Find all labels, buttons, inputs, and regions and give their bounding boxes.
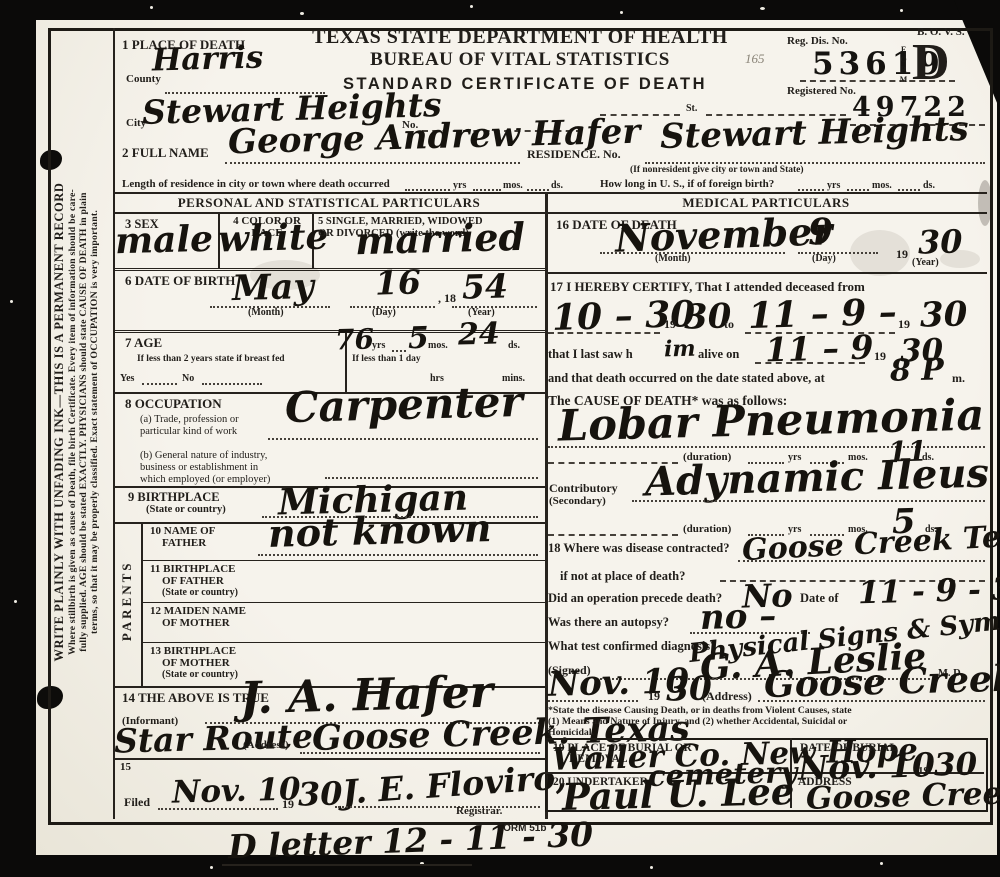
occupation-b-line3: which employed (or employer) (140, 474, 270, 485)
form-word-vertical: FORM (899, 45, 908, 101)
father-name-value: not known (268, 509, 492, 553)
margin-line: WRITE PLAINLY WITH UNFADING INK—THIS IS … (52, 32, 67, 812)
item-15-number: 15 (120, 762, 131, 774)
margin-line: terms, so that it may be properly classi… (89, 32, 100, 812)
scan-speck (10, 300, 13, 303)
father-name-label-line2: FATHER (162, 538, 206, 550)
contributory-label: Contributory (549, 482, 618, 495)
bureau-title: BUREAU OF VITAL STATISTICS (300, 50, 740, 70)
secondary-label: (Secondary) (549, 496, 606, 508)
age-years-value: 76 (335, 325, 375, 354)
no-label: No (182, 374, 194, 385)
yrs-label: yrs (453, 181, 466, 192)
row-rule (113, 758, 545, 760)
to-word: to (724, 318, 734, 331)
filed-year-printed: 19 (282, 798, 294, 811)
ruled-line (755, 362, 865, 364)
annotation-underline (222, 864, 472, 866)
yes-label: Yes (120, 374, 134, 385)
marital-value: married (355, 218, 526, 260)
dob-year-value: 54 (462, 269, 509, 303)
from-year-printed: 19 (664, 318, 676, 331)
ruled-line (225, 162, 520, 164)
parents-strip-divider (141, 522, 143, 686)
margin-divider-line (113, 28, 115, 819)
operation-date-value: 11 - 9 - 30 (858, 574, 1000, 610)
age-ds-label: ds. (508, 341, 520, 352)
scanned-death-certificate: WRITE PLAINLY WITH UNFADING INK—THIS IS … (0, 0, 1000, 877)
father-bp-label-line3: (State or country) (162, 588, 238, 599)
age-yrs-label: yrs (372, 341, 385, 352)
margin-line: Where stillbirth is given as cause of De… (67, 32, 78, 812)
residence-length-label: Length of residence in city or town wher… (122, 179, 390, 191)
death-occurred-text: and that death occurred on the date stat… (548, 372, 825, 385)
death-day-value: 9 (808, 214, 834, 251)
contributory-value: Adynamic Ileus (645, 454, 990, 503)
scan-speck (300, 12, 304, 15)
row-rule (141, 642, 545, 643)
form-letter-d: D (912, 36, 950, 91)
scan-speck (210, 866, 213, 869)
clerk-annotation: D letter 12 - 11 - 30 (228, 818, 594, 864)
registered-no-label: Registered No. (787, 86, 856, 98)
year-caption: (Year) (912, 258, 939, 269)
row-rule (545, 272, 987, 274)
nonresident-note: (If nonresident give city or town and St… (630, 166, 804, 176)
residence-value: Stewart Heights (660, 112, 969, 154)
ds-label: ds. (923, 181, 935, 192)
last-saw-him-overwrite: im (664, 338, 696, 361)
last-saw-text-2: alive on (698, 348, 739, 361)
autopsy-label: Was there an autopsy? (548, 616, 669, 629)
parents-vertical-label: PARENTS (120, 531, 134, 671)
disease-contracted-label: 18 Where was disease contracted? (548, 542, 729, 555)
city-st-label: St. (686, 104, 697, 115)
mos-label: mos. (503, 181, 523, 192)
mother-maiden-label-line1: 12 MAIDEN NAME (150, 606, 246, 618)
ruled-line (300, 752, 540, 754)
scan-speck (650, 866, 653, 869)
dob-label: 6 DATE OF BIRTH (125, 274, 235, 288)
sex-value: male (115, 221, 214, 260)
less-than-day-note: If less than 1 day (352, 355, 421, 365)
medical-section-header: MEDICAL PARTICULARS (545, 196, 987, 210)
margin-line: fully supplied. AGE should be stated EXA… (78, 32, 89, 812)
to-year-value: 30 (920, 297, 968, 332)
footnote-line3: Homicidal. (548, 728, 594, 738)
pencil-number: 165 (745, 52, 765, 66)
registrar-label: Registrar. (456, 806, 502, 818)
ruled-line (738, 560, 985, 562)
death-time-value: 8 P (890, 355, 945, 386)
dob-day-value: 16 (375, 265, 422, 299)
scan-speck (14, 600, 17, 603)
duration-label-2: (duration) (683, 524, 731, 536)
ruled-line (632, 500, 985, 502)
margin-instructions: WRITE PLAINLY WITH UNFADING INK—THIS IS … (40, 24, 112, 820)
death-year-printed: 19 (896, 248, 908, 261)
ruled-line (268, 438, 538, 440)
occupation-a-line1: (a) Trade, profession or (140, 414, 239, 425)
filed-label: Filed (124, 796, 150, 809)
day-caption: (Day) (812, 254, 836, 265)
certify-statement: 17 I HEREBY CERTIFY, That I attended dec… (550, 280, 865, 294)
ds-label: ds. (551, 181, 563, 192)
breast-fed-note: If less than 2 years state if breast fed (137, 355, 285, 365)
address-label: (Address) (243, 740, 289, 752)
day-caption: (Day) (372, 308, 396, 319)
ruled-line (473, 189, 501, 191)
residence-label: RESIDENCE. No. (527, 148, 621, 161)
mother-bp-label-line1: 13 BIRTHPLACE (150, 646, 236, 658)
sign-year-printed: 19 (648, 690, 660, 703)
ruled-line (847, 189, 869, 191)
ruled-line (600, 252, 785, 254)
age-mos-label: mos. (428, 341, 448, 352)
undertaker-value: Paul U. Lee (562, 773, 795, 816)
row-rule (141, 602, 545, 603)
ruled-line (405, 189, 450, 191)
not-at-place-label: if not at place of death? (560, 570, 685, 583)
age-days-value: 24 (458, 319, 501, 350)
scan-speck (880, 862, 883, 865)
father-name-label-line1: 10 NAME OF (150, 526, 215, 538)
scan-speck (470, 5, 473, 8)
ruled-line (798, 252, 878, 254)
ruled-line (898, 189, 920, 191)
date-of-label: Date of (800, 592, 839, 605)
section-header-rule (113, 212, 987, 214)
ruled-line (548, 534, 678, 536)
father-bp-label-line1: 11 BIRTHPLACE (150, 564, 236, 576)
ruled-line (645, 162, 985, 164)
mother-bp-label-line3: (State or country) (162, 670, 238, 681)
age-months-value: 5 (408, 324, 430, 355)
death-month-value: November (614, 212, 833, 258)
death-year-value: 30 (918, 225, 963, 258)
occupation-value: Carpenter (284, 381, 523, 429)
month-caption: (Month) (248, 308, 284, 319)
undertaker-address-value: Goose Creek. Tex (806, 776, 1000, 815)
scan-speck (760, 7, 765, 10)
ruled-line (798, 189, 824, 191)
birthplace-label: 9 BIRTHPLACE (128, 491, 220, 504)
personal-section-header: PERSONAL AND STATISTICAL PARTICULARS (113, 196, 545, 210)
mother-maiden-label-line2: OF MOTHER (162, 618, 230, 630)
last-saw-year-printed: 19 (874, 350, 886, 363)
ruled-line (142, 383, 177, 385)
scan-speck (150, 6, 153, 9)
occupation-b-line2: business or establishment in (140, 462, 258, 473)
occupation-b-line1: (b) General nature of industry, (140, 450, 267, 461)
to-year-printed: 19 (898, 318, 910, 331)
autopsy-value: no – (700, 599, 777, 635)
time-m-label: m. (952, 372, 965, 385)
mother-bp-label-line2: OF MOTHER (162, 658, 230, 670)
color-race-value: white (218, 219, 329, 258)
dob-year-printed: , 18 (438, 292, 456, 305)
ruled-line (158, 808, 278, 810)
full-name-label: 2 FULL NAME (122, 146, 209, 160)
operation-label: Did an operation precede death? (548, 592, 722, 605)
sign-address-value: Goose Creek, Texas (764, 657, 1000, 703)
footnote-line2: (1) Means and Nature of Injury, and (2) … (548, 717, 847, 727)
ruled-line (258, 554, 538, 556)
sign-address-label: (Address) (702, 690, 752, 703)
month-caption: (Month) (655, 254, 691, 265)
father-bp-label-line2: OF FATHER (162, 576, 224, 588)
birthplace-sub-label: (State or country) (146, 504, 226, 515)
footnote-line1: *State the disease Causing Death, or in … (548, 706, 852, 716)
occupation-label: 8 OCCUPATION (125, 397, 222, 411)
age-label: 7 AGE (125, 336, 162, 350)
dob-month-value: May (232, 269, 315, 306)
mos-label: mos. (872, 181, 892, 192)
ruled-line (527, 189, 549, 191)
ruled-line (758, 700, 985, 702)
burial-year-printed: 19 (918, 766, 929, 778)
ruled-line (392, 350, 406, 352)
scan-speck (900, 9, 903, 12)
occupation-a-line2: particular kind of work (140, 426, 237, 437)
ruled-line (548, 332, 660, 334)
scan-speck (620, 11, 623, 14)
yrs-label: yrs (827, 181, 840, 192)
us-length-label: How long in U. S., if of foreign birth? (600, 179, 774, 191)
county-value: Harris (152, 43, 264, 77)
department-title: TEXAS STATE DEPARTMENT OF HEALTH (300, 27, 740, 48)
row-rule (141, 560, 545, 561)
ruled-line (335, 806, 540, 808)
ruled-line (548, 700, 638, 702)
ruled-line (202, 383, 262, 385)
header-rule (113, 192, 987, 194)
last-saw-text-1: that I last saw h (548, 348, 633, 361)
